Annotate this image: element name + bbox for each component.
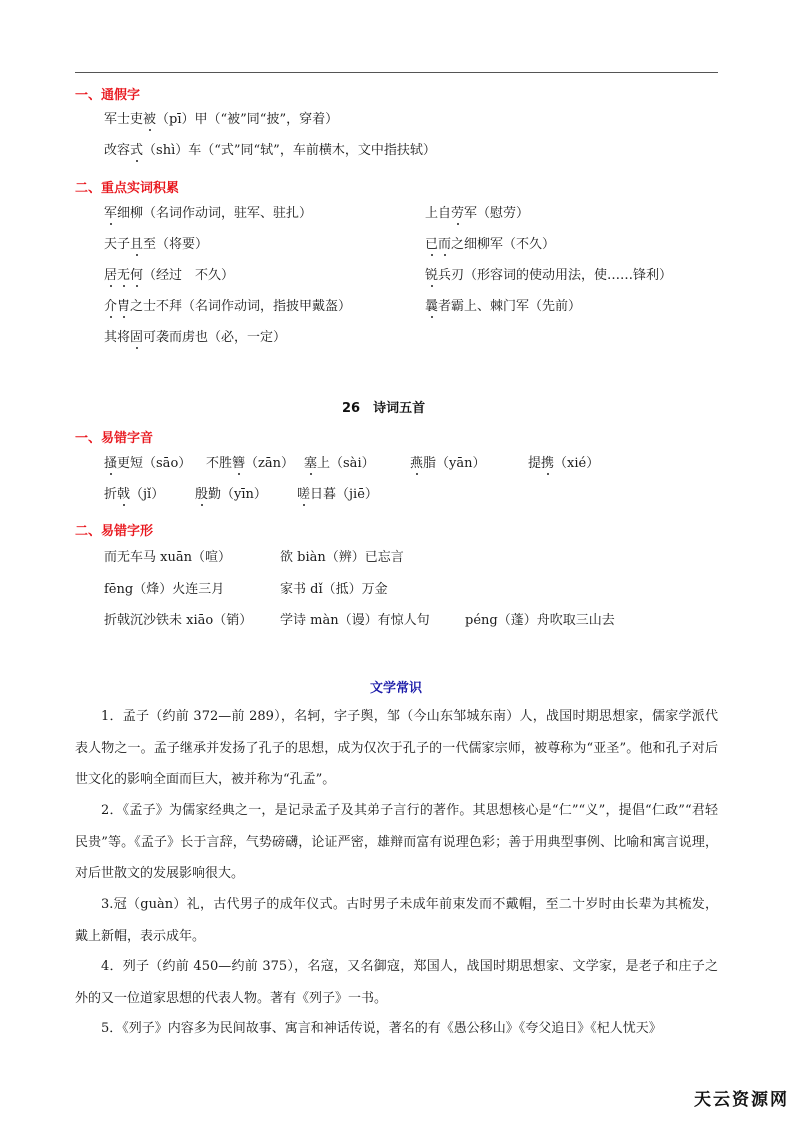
watermark-logo: 天云资源网: [694, 1085, 789, 1110]
vocab-item: 搔更短（sāo）: [104, 456, 191, 472]
text-segment: 至（将要）: [143, 237, 208, 252]
text-segment: （xié）: [554, 456, 599, 471]
text-segment: 天子: [104, 237, 130, 252]
text-segment: 不胜: [206, 456, 232, 471]
text-segment: 军（慰劳）: [464, 206, 529, 221]
vocab-item: 折戟（jǐ）: [104, 487, 164, 503]
zixing-item: 而无车马 xuān（喧）: [104, 550, 231, 566]
tongjia-item: 军士吏被（pī）甲（“被”同“披”，穿着）: [104, 112, 338, 128]
literature-paragraph-2: 2．《孟子》为儒家经典之一，是记录孟子及其弟子言行的著作。其思想核心是“仁”“义…: [75, 795, 718, 890]
vocab-item: 已而之细柳军（不久）: [425, 237, 555, 253]
text-segment: 勤（yīn）: [208, 487, 267, 502]
emphasized-char: 而: [438, 237, 451, 252]
text-segment: 之细柳军（不久）: [451, 237, 555, 252]
vocab-item: 军细柳（名词作动词，驻军、驻扎）: [104, 206, 312, 222]
text-segment: （jǐ）: [130, 487, 164, 502]
text-segment: 提: [528, 456, 541, 471]
text-segment: 可袭而虏也（必，一定）: [143, 330, 286, 345]
vocab-item: 塞上（sài）: [304, 456, 375, 472]
lesson-title: 26 诗词五首: [342, 397, 425, 416]
text-segment: 上（sài）: [317, 456, 375, 471]
zixing-item: 欲 biàn（辨）已忘言: [280, 550, 404, 566]
vocab-item: 天子且至（将要）: [104, 237, 208, 253]
text-segment: 之士不拜（名词作动词，指披甲戴盔）: [130, 299, 351, 314]
vocab-item: 上自劳军（慰劳）: [425, 206, 529, 222]
tongjia-item: 改容式（shì）车（“式”同“轼”，车前横木，文中指扶轼）: [104, 143, 436, 159]
heading-yicuo-ziyin: 一、易错字音: [75, 427, 153, 446]
emphasized-char: 殷: [195, 487, 208, 502]
emphasized-char: 携: [541, 456, 554, 471]
emphasized-char: 已: [425, 237, 438, 252]
text-segment: 者霸上、棘门军（先前）: [438, 299, 581, 314]
emphasized-char: 锐: [425, 268, 438, 283]
vocab-item: 嗟日暮（jiē）: [297, 487, 378, 503]
text-segment: 折: [104, 487, 117, 502]
emphasized-char: 何: [130, 268, 143, 283]
vocab-item: 锐兵刃（形容词的使动用法，使……锋利）: [425, 268, 672, 284]
literature-title: 文学常识: [370, 677, 422, 696]
emphasized-char: 胄: [117, 299, 130, 314]
text-segment: （zān）: [245, 456, 294, 471]
text-segment: 更短（sāo）: [117, 456, 191, 471]
emphasized-char: 戟: [117, 487, 130, 502]
emphasized-char: 嗟: [297, 487, 310, 502]
vocab-item: 其将固可袭而虏也（必，一定）: [104, 330, 286, 346]
vocab-item: 提携（xié）: [528, 456, 599, 472]
vocab-item: 居无何（经过 不久）: [104, 268, 234, 284]
emphasized-char: 塞: [304, 456, 317, 471]
text-segment: 上自: [425, 206, 451, 221]
emphasized-char: 搔: [104, 456, 117, 471]
emphasized-char: 劳: [451, 206, 464, 221]
vocab-item: 殷勤（yīn）: [195, 487, 267, 503]
vocab-item: 介胄之士不拜（名词作动词，指披甲戴盔）: [104, 299, 351, 315]
vocab-item: 燕脂（yān）: [410, 456, 485, 472]
zixing-item: 折戟沉沙铁未 xiāo（销）: [104, 613, 252, 629]
text-segment: 脂（yān）: [423, 456, 485, 471]
zixing-item: péng（蓬）舟吹取三山去: [465, 613, 615, 629]
heading-tongjiazi: 一、通假字: [75, 84, 140, 103]
text-segment: 细柳（名词作动词，驻军、驻扎）: [117, 206, 312, 221]
text-segment: 日暮（jiē）: [310, 487, 378, 502]
literature-paragraph-4: 4．列子（约前 450—约前 375），名寇，又名御寇，郑国人，战国时期思想家、…: [75, 951, 718, 1014]
text-segment: 其将: [104, 330, 130, 345]
emphasized-char: 居: [104, 268, 117, 283]
zixing-item: 学诗 màn（谩）有惊人句: [280, 613, 430, 629]
vocab-item: 不胜簪（zān）: [206, 456, 294, 472]
emphasized-char: 簪: [232, 456, 245, 471]
zixing-item: 家书 dǐ（抵）万金: [280, 582, 388, 598]
literature-paragraph-3: 3.冠（guàn）礼，古代男子的成年仪式。古时男子未成年前束发而不戴帽，至二十岁…: [75, 889, 718, 952]
heading-yicuo-zixing: 二、易错字形: [75, 520, 153, 539]
emphasized-char: 固: [130, 330, 143, 345]
literature-paragraph-5: 5．《列子》内容多为民间故事、寓言和神话传说，著名的有《愚公移山》《夸父追日》《…: [75, 1013, 718, 1045]
zixing-item: fēng（烽）火连三月: [104, 582, 224, 598]
vocab-item: 曩者霸上、棘门军（先前）: [425, 299, 581, 315]
emphasized-char: 无: [117, 268, 130, 283]
emphasized-char: 介: [104, 299, 117, 314]
top-rule: [75, 72, 718, 73]
literature-paragraph-1: 1．孟子（约前 372—前 289），名轲，字子舆，邹（今山东邹城东南）人，战国…: [75, 701, 718, 796]
emphasized-char: 军: [104, 206, 117, 221]
emphasized-char: 燕: [410, 456, 423, 471]
emphasized-char: 曩: [425, 299, 438, 314]
heading-shici: 二、重点实词积累: [75, 177, 179, 196]
emphasized-char: 且: [130, 237, 143, 252]
text-segment: 兵刃（形容词的使动用法，使……锋利）: [438, 268, 672, 283]
text-segment: （经过 不久）: [143, 268, 234, 283]
